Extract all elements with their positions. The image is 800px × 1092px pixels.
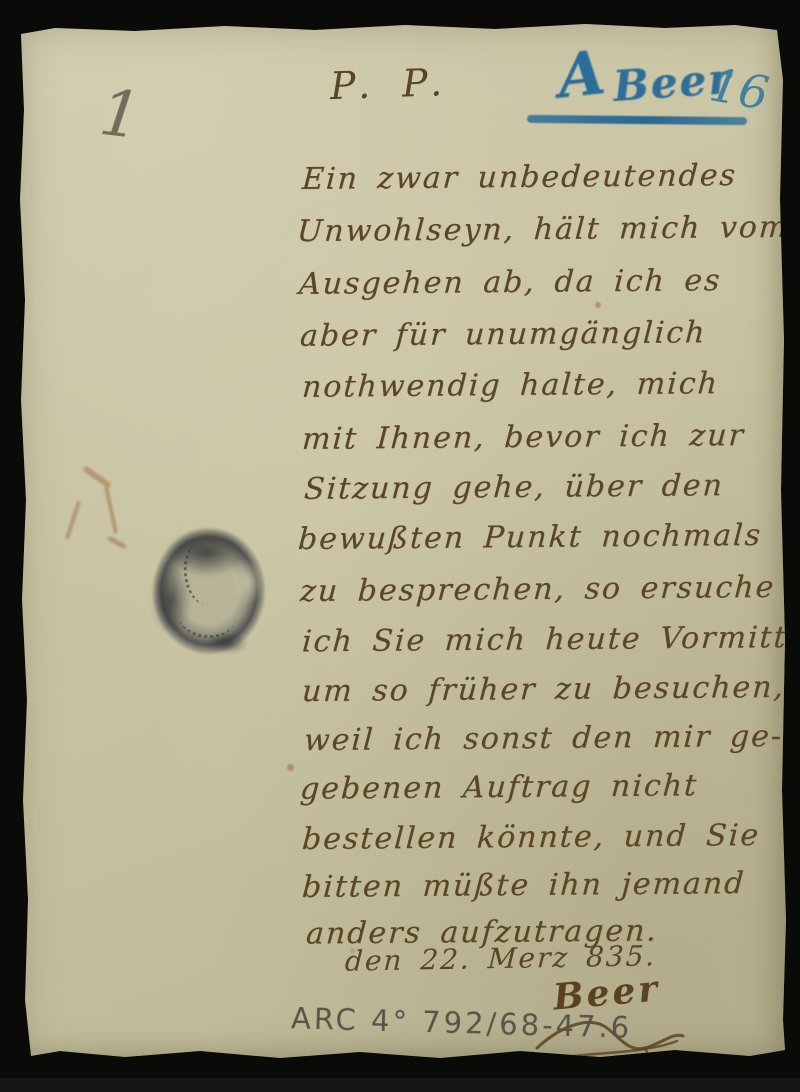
letter-line: gebenen Auftrag nicht <box>299 766 699 809</box>
letter-line: bestellen könnte, und Sie <box>301 816 761 860</box>
scanned-letter-page: 1 P. P. A Beer 16 Ein zwar unbedeutendes… <box>0 0 800 1092</box>
salutation: P. P. <box>329 60 452 108</box>
letter-line: weil ich sonst den mir ge- <box>303 717 784 761</box>
blue-annotation-initial: A <box>554 38 608 112</box>
letter-line: bewußten Punkt nochmals <box>297 516 764 560</box>
foxing-mark <box>55 448 145 563</box>
foxing-dot <box>287 764 294 771</box>
letter-line: Ein zwar unbedeutendes <box>301 156 738 200</box>
letter-line: zu besprechen, so ersuche <box>299 568 777 612</box>
letter-line: aber für unumgänglich <box>299 313 708 357</box>
letter-line: bitten müßte ihn jemand <box>301 864 747 908</box>
letter-line: Ausgehen ab, da ich es <box>298 261 723 305</box>
seal-stain-highlight <box>226 553 268 611</box>
blue-annotation-underline <box>527 115 747 125</box>
letter-line: nothwendig halte, mich <box>301 364 720 408</box>
paper-sheet: 1 P. P. A Beer 16 Ein zwar unbedeutendes… <box>15 20 787 1065</box>
scan-edge-strip <box>0 1078 800 1092</box>
page-number-pencil: 1 <box>96 76 145 154</box>
folio-number: 16 <box>706 57 773 120</box>
letter-line: um so früher zu besuchen, <box>301 668 787 712</box>
foxing-dot <box>350 948 355 953</box>
letter-line: ich Sie mich heute Vormittags <box>301 618 800 663</box>
letter-line: Sitzung gehe, über den <box>303 466 725 510</box>
letter-line: mit Ihnen, bevor ich zur <box>301 416 746 460</box>
foxing-dot <box>595 302 601 308</box>
seal-stain <box>152 527 266 655</box>
letter-line: Unwohlseyn, hält mich vom <box>296 208 791 252</box>
